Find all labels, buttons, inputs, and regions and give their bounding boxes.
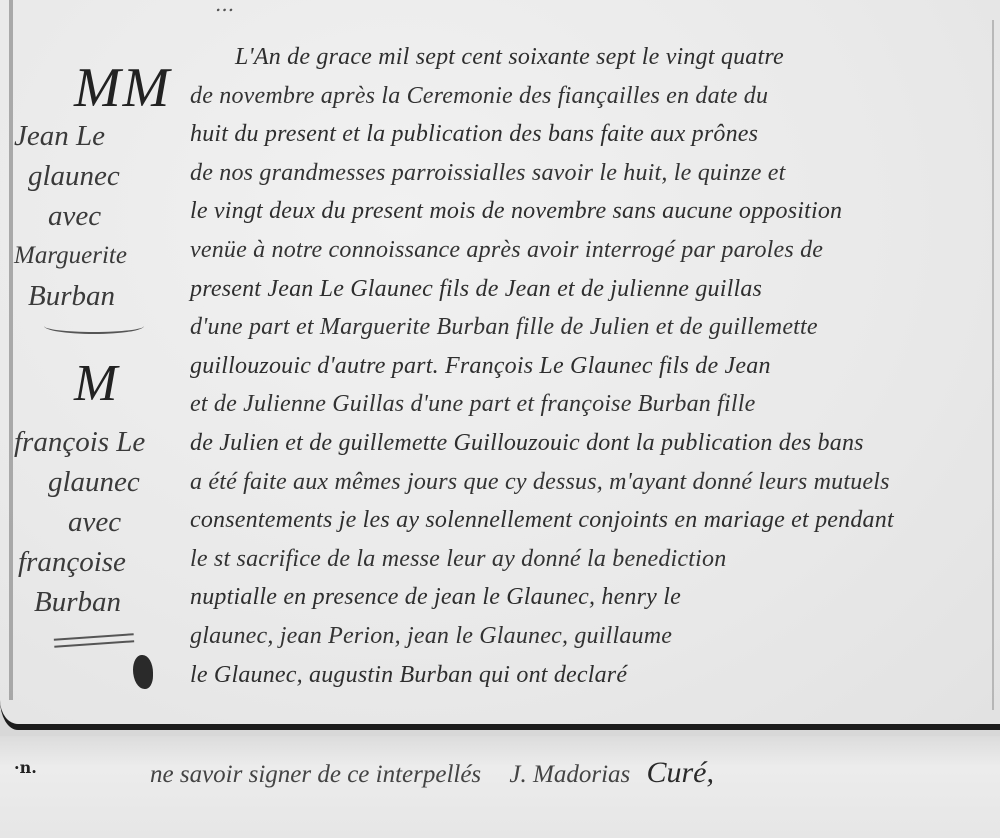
ink-blot bbox=[133, 655, 153, 689]
entry-line: le vingt deux du present mois de novembr… bbox=[190, 192, 990, 231]
entry-line: consentements je les ay solennellement c… bbox=[190, 501, 990, 540]
margin-name-line: françois Le bbox=[14, 422, 184, 462]
entry-line: le st sacrifice de la messe leur ay donn… bbox=[190, 540, 990, 579]
register-page-lower: ·n. ne savoir signer de ce interpellés J… bbox=[0, 736, 1000, 838]
binding-edge bbox=[9, 0, 13, 700]
margin-name-line: Jean Le bbox=[14, 116, 184, 156]
entry-line: et de Julienne Guillas d'une part et fra… bbox=[190, 385, 990, 424]
entry-line: nuptialle en presence de jean le Glaunec… bbox=[190, 578, 990, 617]
entry-line: a été faite aux mêmes jours que cy dessu… bbox=[190, 463, 990, 502]
closing-and-signature: ne savoir signer de ce interpellés J. Ma… bbox=[150, 756, 714, 790]
entry-line: de novembre après la Ceremonie des fianç… bbox=[190, 77, 990, 116]
closing-statement: ne savoir signer de ce interpellés bbox=[150, 761, 481, 788]
entry-line: de nos grandmesses parroissialles savoir… bbox=[190, 154, 990, 193]
entry-line: huit du present et la publication des ba… bbox=[190, 115, 990, 154]
margin-name-line: Burban bbox=[14, 276, 184, 316]
folio-mark: ·n. bbox=[14, 758, 37, 777]
entry-line: le Glaunec, augustin Burban qui ont decl… bbox=[190, 656, 990, 695]
margin-name-line: avec bbox=[14, 196, 184, 236]
register-entry-body: L'An de grace mil sept cent soixante sep… bbox=[190, 38, 990, 694]
entry-line: venüe à notre connoissance après avoir i… bbox=[190, 231, 990, 270]
margin-mark-entry2: M bbox=[74, 356, 184, 412]
entry-line: guillouzouic d'autre part. François Le G… bbox=[190, 347, 990, 386]
margin-name-line: glaunec bbox=[14, 462, 184, 502]
page-right-edge bbox=[992, 20, 994, 710]
entry-line: d'une part et Marguerite Burban fille de… bbox=[190, 308, 990, 347]
margin-mark-entry1: M M bbox=[74, 60, 184, 116]
margin-name-line: glaunec bbox=[14, 156, 184, 196]
margin-name-line: françoise bbox=[14, 542, 184, 582]
register-page-upper: ... M M Jean Le glaunec avec Marguerite … bbox=[0, 0, 1000, 730]
margin-name-line: avec bbox=[14, 502, 184, 542]
entry-line: glaunec, jean Perion, jean le Glaunec, g… bbox=[190, 617, 990, 656]
entry-line: de Julien et de guillemette Guillouzouic… bbox=[190, 424, 990, 463]
signature-title: Curé, bbox=[647, 756, 715, 789]
margin-name-line: Burban bbox=[14, 582, 184, 622]
margin-notes: M M Jean Le glaunec avec Marguerite Burb… bbox=[14, 60, 184, 645]
margin-rule bbox=[54, 633, 134, 648]
margin-flourish bbox=[44, 318, 144, 334]
previous-entry-fragment: ... bbox=[215, 0, 234, 16]
signature-name: J. Madorias bbox=[509, 761, 630, 788]
entry-line: L'An de grace mil sept cent soixante sep… bbox=[190, 38, 990, 77]
entry-line: present Jean Le Glaunec fils de Jean et … bbox=[190, 270, 990, 309]
margin-name-line: Marguerite bbox=[14, 236, 184, 276]
